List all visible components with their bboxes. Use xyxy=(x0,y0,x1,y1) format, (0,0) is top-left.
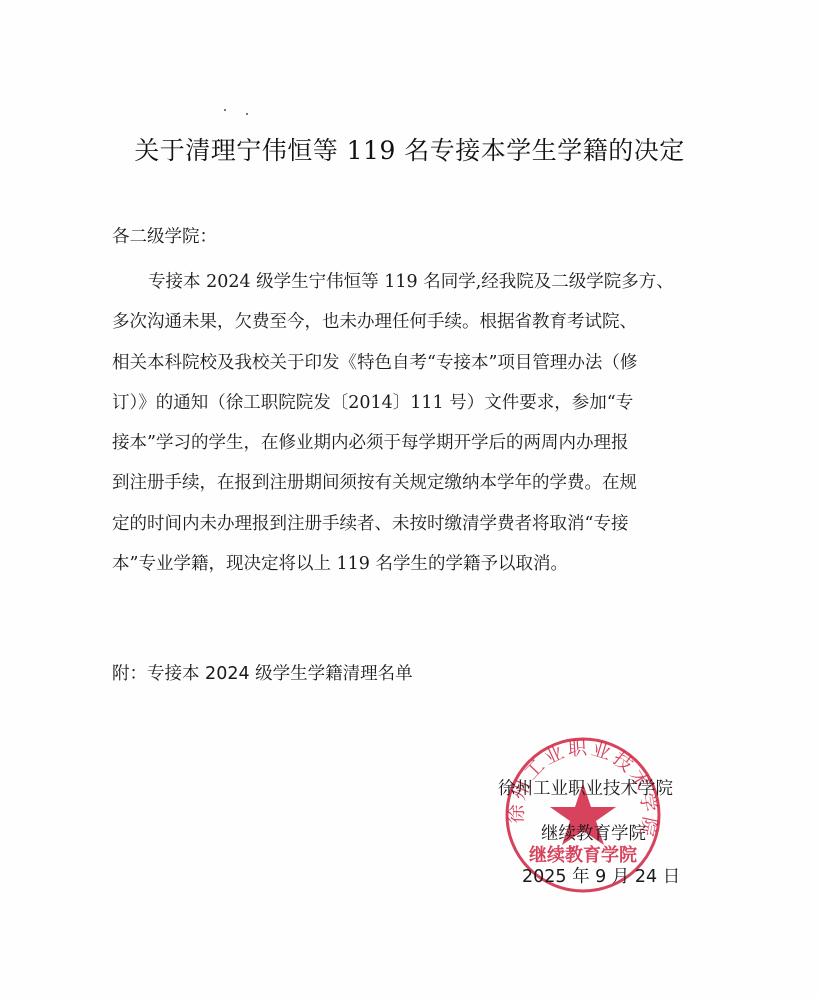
signature-organization: 徐州工业职业技术学院 xyxy=(498,775,673,800)
salutation: 各二级学院： xyxy=(112,223,217,248)
body-line: 订）》的通知（徐工职院院发〔2014〕111 号）文件要求，参加“专 xyxy=(112,383,712,423)
body-line: 相关本科院校及我校关于印发《特色自考“专接本”项目管理办法（修 xyxy=(112,343,712,383)
body-line: 多次沟通未果，欠费至今，也未办理任何手续。根据省教育考试院、 xyxy=(112,302,712,342)
signature-department: 继续教育学院 xyxy=(541,820,646,845)
body-line: 到注册手续，在报到注册期间须按有关规定缴纳本学年的学费。在规 xyxy=(112,463,712,503)
attachment-note: 附：专接本 2024 级学生学籍清理名单 xyxy=(112,660,413,685)
body-line: 接本”学习的学生，在修业期内必须于每学期开学后的两周内办理报 xyxy=(112,423,712,463)
scan-speck xyxy=(224,109,226,111)
document-title: 关于清理宁伟恒等 119 名专接本学生学籍的决定 xyxy=(0,131,819,167)
body-line: 本”专业学籍，现决定将以上 119 名学生的学籍予以取消。 xyxy=(112,544,712,584)
body-line: 定的时间内未办理报到注册手续者、未按时缴清学费者将取消“专接 xyxy=(112,504,712,544)
body-line: 专接本 2024 级学生宁伟恒等 119 名同学,经我院及二级学院多方、 xyxy=(112,262,712,302)
body-paragraph: 专接本 2024 级学生宁伟恒等 119 名同学,经我院及二级学院多方、 多次沟… xyxy=(112,262,712,584)
scan-speck xyxy=(246,113,248,115)
signature-date: 2025 年 9 月 24 日 xyxy=(522,863,680,888)
document-page: 关于清理宁伟恒等 119 名专接本学生学籍的决定 各二级学院： 专接本 2024… xyxy=(0,0,819,999)
